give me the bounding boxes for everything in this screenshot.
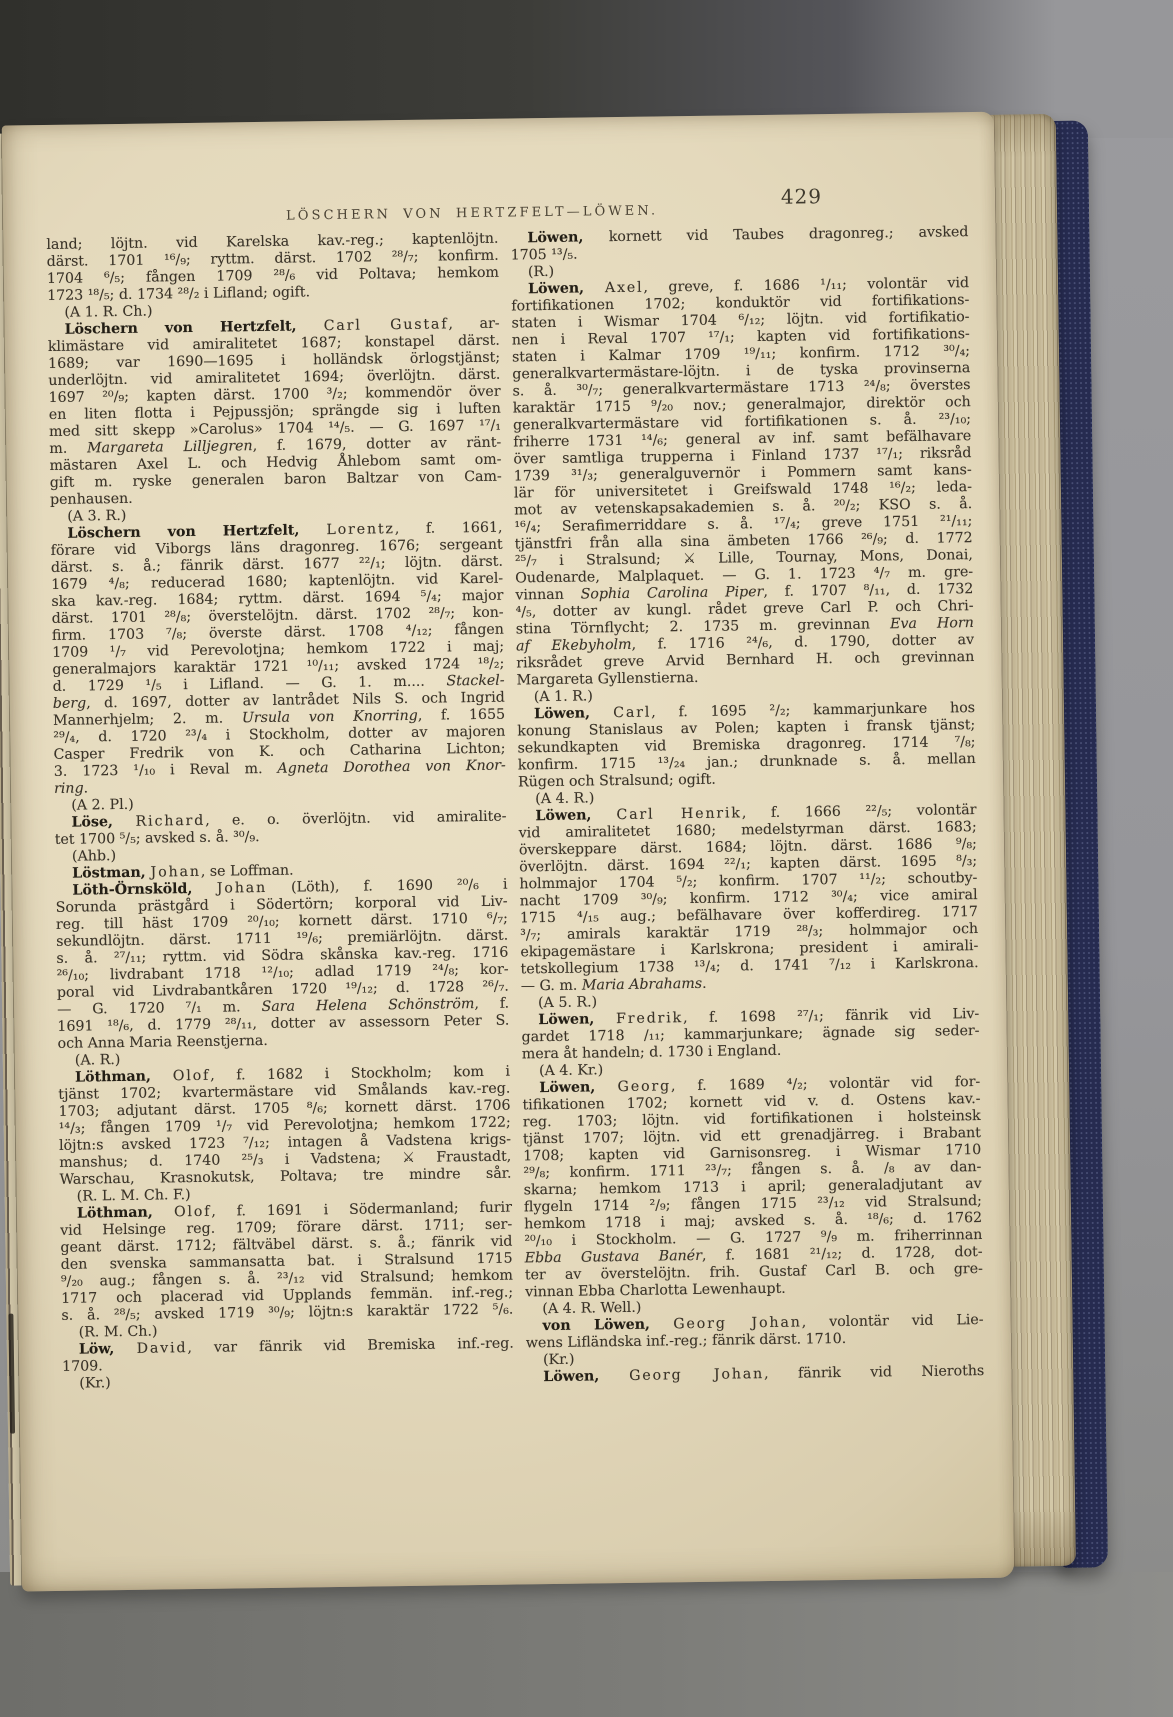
page-edge-mark (8, 1314, 15, 1434)
page-number: 429 (781, 184, 823, 209)
text-column-right: Löwen, kornett vid Taubes dragonreg.; av… (510, 224, 984, 1386)
running-header: LÖSCHERN VON HERTZFELT—LÖWEN. (286, 203, 658, 223)
book-page: LÖSCHERN VON HERTZFELT—LÖWEN. 429 land; … (2, 112, 1014, 1592)
backdrop-bottom-surface (0, 1572, 1173, 1717)
text-column-left: land; löjtn. vid Karelska kav.-reg.; kap… (46, 231, 514, 1393)
open-book: LÖSCHERN VON HERTZFELT—LÖWEN. 429 land; … (0, 110, 1110, 1595)
